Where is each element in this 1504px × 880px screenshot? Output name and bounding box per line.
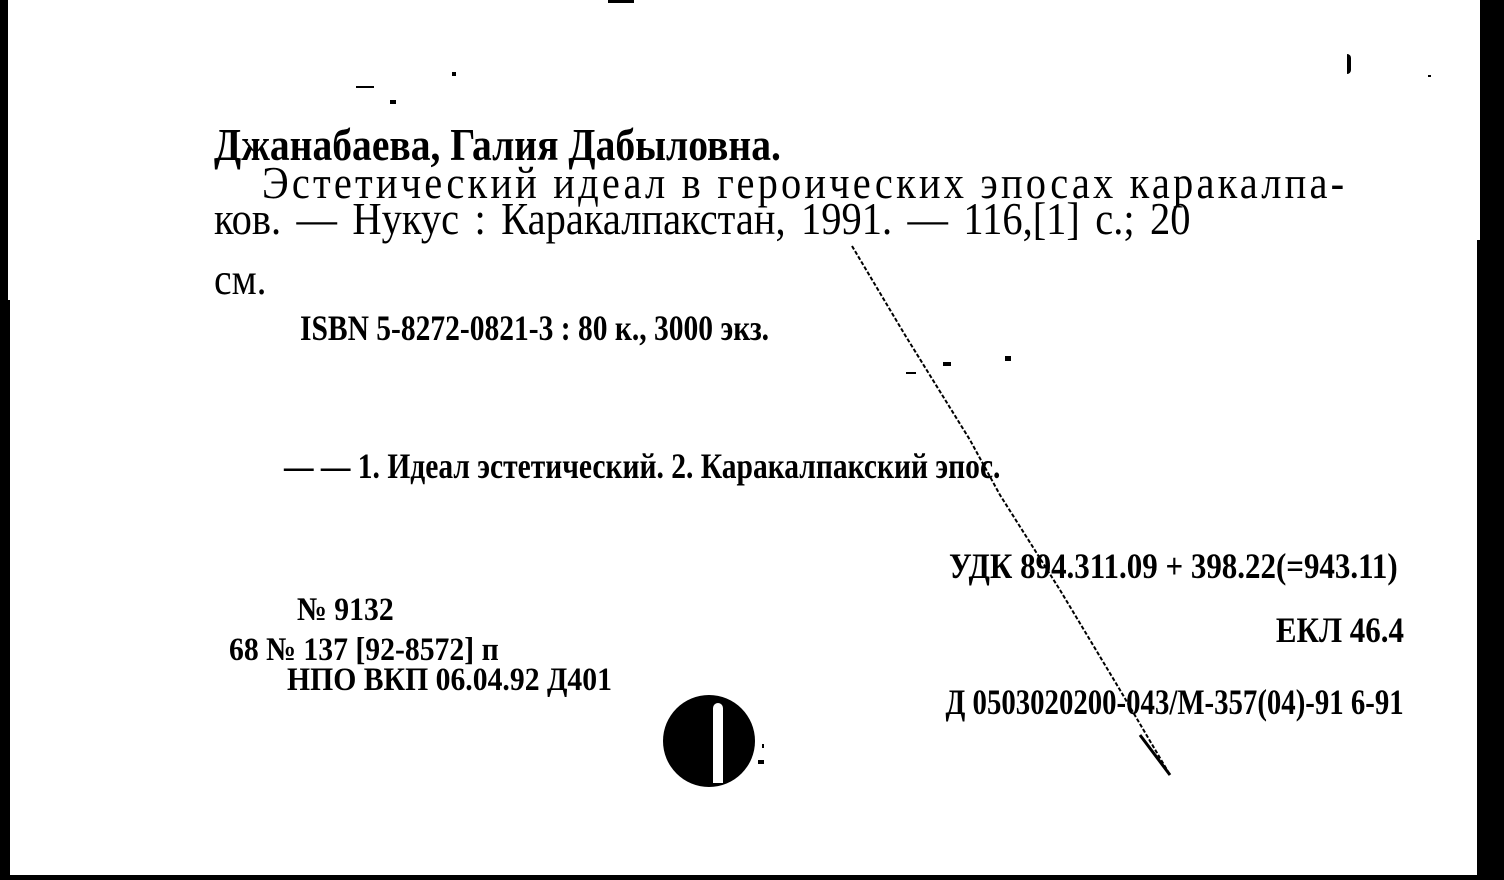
scan-speck xyxy=(906,372,916,374)
scan-speck xyxy=(452,72,456,76)
order-number: № 9132 xyxy=(297,594,394,627)
scan-speck xyxy=(356,86,374,88)
subject-headings: — — 1. Идеал эстетический. 2. Каракалпак… xyxy=(284,448,1000,484)
scan-speck xyxy=(1428,75,1431,77)
scan-speck xyxy=(762,744,764,748)
udk-classification: УДК 894.311.09 + 398.22(=943.11) xyxy=(949,548,1398,584)
stamp-mark xyxy=(713,703,723,783)
scan-speck xyxy=(608,0,634,3)
title-line-3: см. xyxy=(214,258,267,302)
publisher-code: Д 0503020200-043/М-357(04)-91 6-91 xyxy=(946,684,1404,720)
ekl-classification: ЕКЛ 46.4 xyxy=(1276,612,1404,648)
order-line-3: НПО ВКП 06.04.92 Д401 xyxy=(287,664,612,697)
scan-border-left-lower xyxy=(0,300,10,880)
scan-border-right-lower xyxy=(1477,240,1504,880)
scan-speck xyxy=(390,100,396,104)
scan-speck xyxy=(1005,356,1011,361)
catalog-card: Джанабаева, Галия Дабыловна. Эстетически… xyxy=(0,0,1504,880)
scan-speck xyxy=(943,362,951,366)
library-stamp-icon xyxy=(663,695,755,787)
scan-border-bottom xyxy=(0,875,1504,880)
scan-speck xyxy=(1347,54,1351,74)
isbn-line: ISBN 5-8272-0821-3 : 80 к., 3000 экз. xyxy=(300,310,769,346)
title-line-2: ков. — Нукус : Каракалпакстан, 1991. — 1… xyxy=(214,196,1191,242)
scan-speck xyxy=(758,760,764,764)
